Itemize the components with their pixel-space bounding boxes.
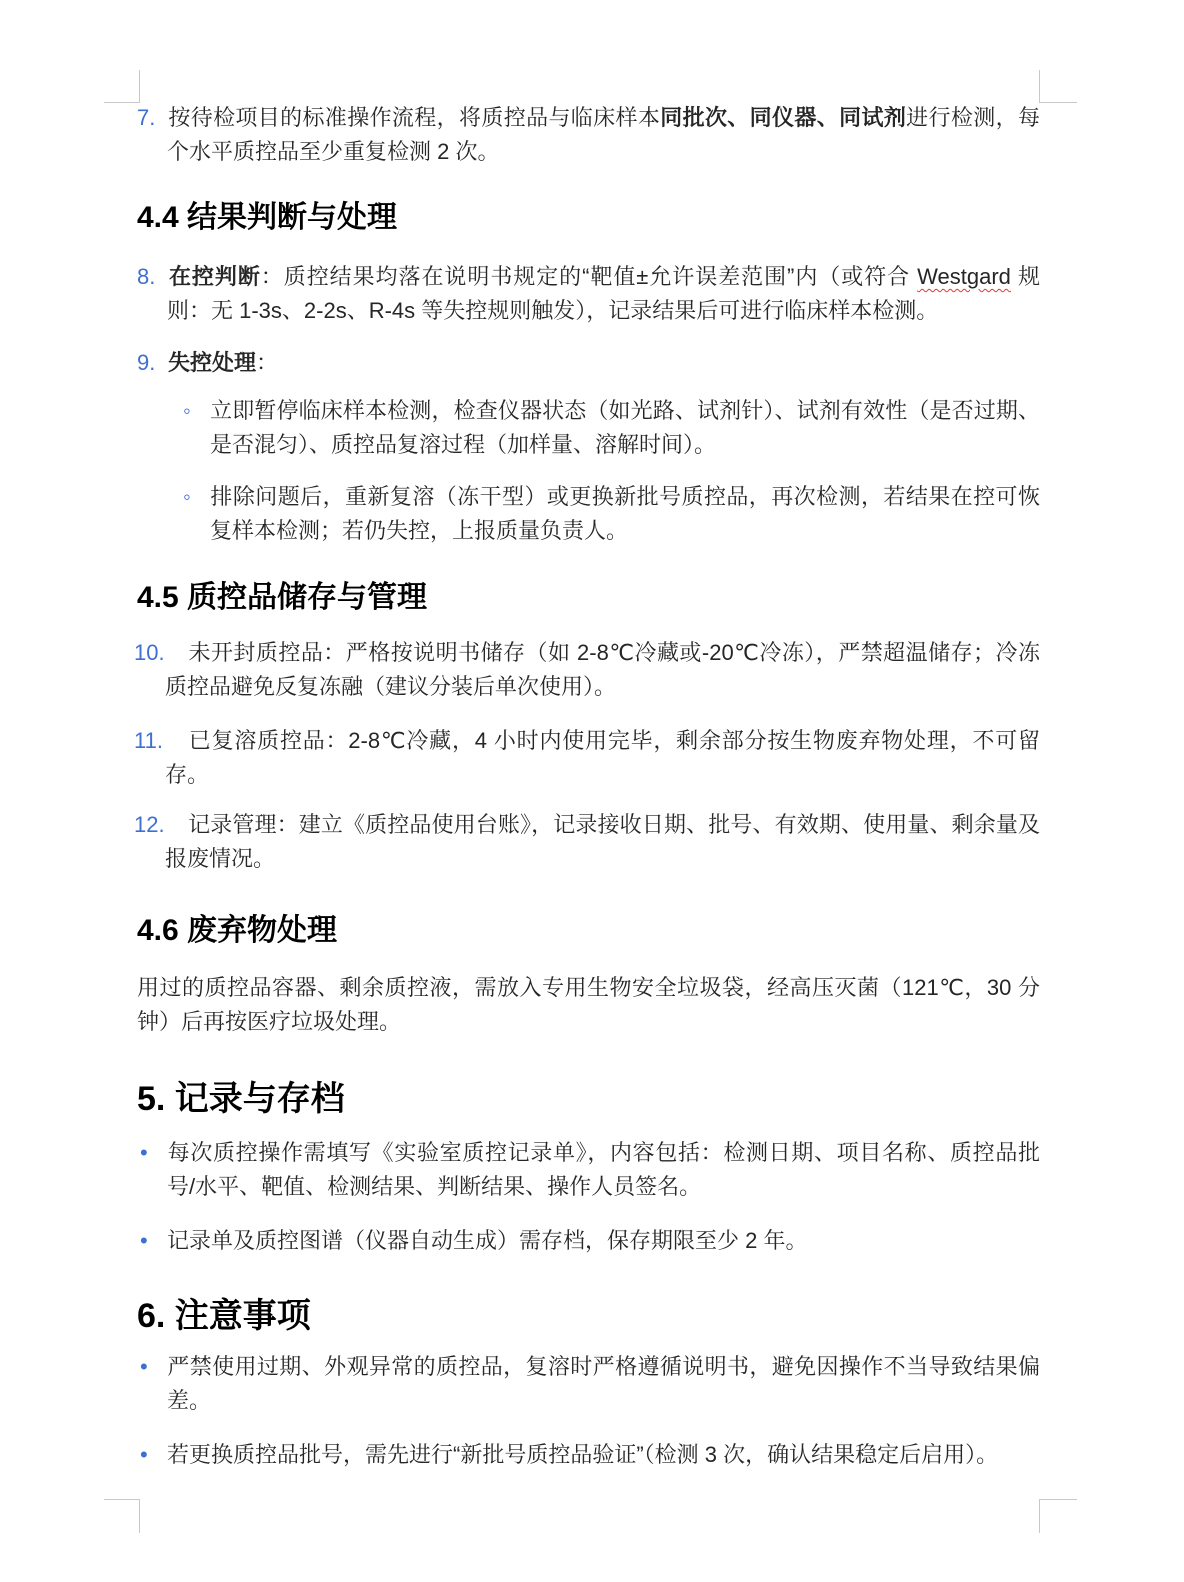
bullet-item[interactable]: •若更换质控品批号，需先进行“新批号质控品验证”（检测 3 次，确认结果稳定后启… <box>137 1438 1040 1472</box>
item-text: 严禁使用过期、外观异常的质控品，复溶时严格遵循说明书，避免因操作不当导致结果偏差… <box>167 1354 1040 1413</box>
heading-6[interactable]: 6. 注意事项 <box>137 1293 1040 1339</box>
list-number: 11. <box>134 724 188 758</box>
item-text: 每次质控操作需填写《实验室质控记录单》，内容包括：检测日期、项目名称、质控品批号… <box>167 1140 1040 1199</box>
circle-bullet-icon: ◦ <box>183 394 210 428</box>
dot-bullet-icon: • <box>140 1224 167 1258</box>
numbered-item-8[interactable]: 8.在控判断：质控结果均落在说明书规定的“靶值±允许误差范围”内（或符合 Wes… <box>137 260 1040 328</box>
item-text: 记录管理：建立《质控品使用台账》，记录接收日期、批号、有效期、使用量、剩余量及报… <box>165 812 1040 871</box>
bullet-item[interactable]: •记录单及质控图谱（仪器自动生成）需存档，保存期限至少 2 年。 <box>137 1224 1040 1258</box>
circle-bullet-icon: ◦ <box>183 480 210 514</box>
sub-bullet-item[interactable]: ◦立即暂停临床样本检测，检查仪器状态（如光路、试剂针）、试剂有效性（是否过期、是… <box>137 394 1040 462</box>
list-number: 8. <box>137 260 168 294</box>
list-number: 10. <box>134 636 188 670</box>
numbered-item-12[interactable]: 12.记录管理：建立《质控品使用台账》，记录接收日期、批号、有效期、使用量、剩余… <box>137 808 1040 876</box>
paragraph-text: 用过的质控品容器、剩余质控液，需放入专用生物安全垃圾袋，经高压灭菌（121℃，3… <box>137 975 1040 1034</box>
numbered-item-9[interactable]: 9.失控处理： <box>137 346 1040 380</box>
item-text: 已复溶质控品：2-8℃冷藏，4 小时内使用完毕，剩余部分按生物废弃物处理，不可留… <box>165 728 1040 787</box>
dot-bullet-icon: • <box>140 1136 167 1170</box>
item-text: 若更换质控品批号，需先进行“新批号质控品验证”（检测 3 次，确认结果稳定后启用… <box>167 1442 998 1467</box>
sub-bullet-item[interactable]: ◦排除问题后，重新复溶（冻干型）或更换新批号质控品，再次检测，若结果在控可恢复样… <box>137 480 1040 548</box>
document-body: 7.按待检项目的标准操作流程，将质控品与临床样本同批次、同仪器、同试剂进行检测，… <box>137 101 1040 1472</box>
heading-4-6[interactable]: 4.6 废弃物处理 <box>137 911 1040 951</box>
list-number: 9. <box>137 346 168 380</box>
numbered-item-10[interactable]: 10.未开封质控品：严格按说明书储存（如 2-8℃冷藏或-20℃冷冻），严禁超温… <box>137 636 1040 704</box>
item-text: 按待检项目的标准操作流程，将质控品与临床样本同批次、同仪器、同试剂进行检测，每个… <box>167 105 1040 164</box>
numbered-item-11[interactable]: 11.已复溶质控品：2-8℃冷藏，4 小时内使用完毕，剩余部分按生物废弃物处理，… <box>137 724 1040 792</box>
bullet-item[interactable]: •每次质控操作需填写《实验室质控记录单》，内容包括：检测日期、项目名称、质控品批… <box>137 1136 1040 1204</box>
list-number: 7. <box>137 101 168 135</box>
margin-corner-mark-top-left <box>104 70 140 103</box>
heading-5[interactable]: 5. 记录与存档 <box>137 1076 1040 1122</box>
item-text: 在控判断：质控结果均落在说明书规定的“靶值±允许误差范围”内（或符合 Westg… <box>167 264 1040 323</box>
item-text: 排除问题后，重新复溶（冻干型）或更换新批号质控品，再次检测，若结果在控可恢复样本… <box>210 484 1040 543</box>
heading-4-5[interactable]: 4.5 质控品储存与管理 <box>137 578 1040 618</box>
numbered-item-7[interactable]: 7.按待检项目的标准操作流程，将质控品与临床样本同批次、同仪器、同试剂进行检测，… <box>137 101 1040 169</box>
bullet-item[interactable]: •严禁使用过期、外观异常的质控品，复溶时严格遵循说明书，避免因操作不当导致结果偏… <box>137 1350 1040 1418</box>
item-text: 记录单及质控图谱（仪器自动生成）需存档，保存期限至少 2 年。 <box>167 1228 807 1253</box>
item-text: 未开封质控品：严格按说明书储存（如 2-8℃冷藏或-20℃冷冻），严禁超温储存；… <box>165 640 1040 699</box>
list-number: 12. <box>134 808 188 842</box>
heading-4-4[interactable]: 4.4 结果判断与处理 <box>137 198 1040 238</box>
margin-corner-mark-bottom-left <box>104 1499 140 1533</box>
item-text: 立即暂停临床样本检测，检查仪器状态（如光路、试剂针）、试剂有效性（是否过期、是否… <box>210 398 1040 457</box>
margin-corner-mark-bottom-right <box>1039 1499 1077 1533</box>
paragraph-waste-disposal[interactable]: 用过的质控品容器、剩余质控液，需放入专用生物安全垃圾袋，经高压灭菌（121℃，3… <box>137 971 1040 1039</box>
margin-corner-mark-top-right <box>1039 70 1077 103</box>
item-text: 失控处理： <box>168 350 278 375</box>
dot-bullet-icon: • <box>140 1438 167 1472</box>
dot-bullet-icon: • <box>140 1350 167 1384</box>
